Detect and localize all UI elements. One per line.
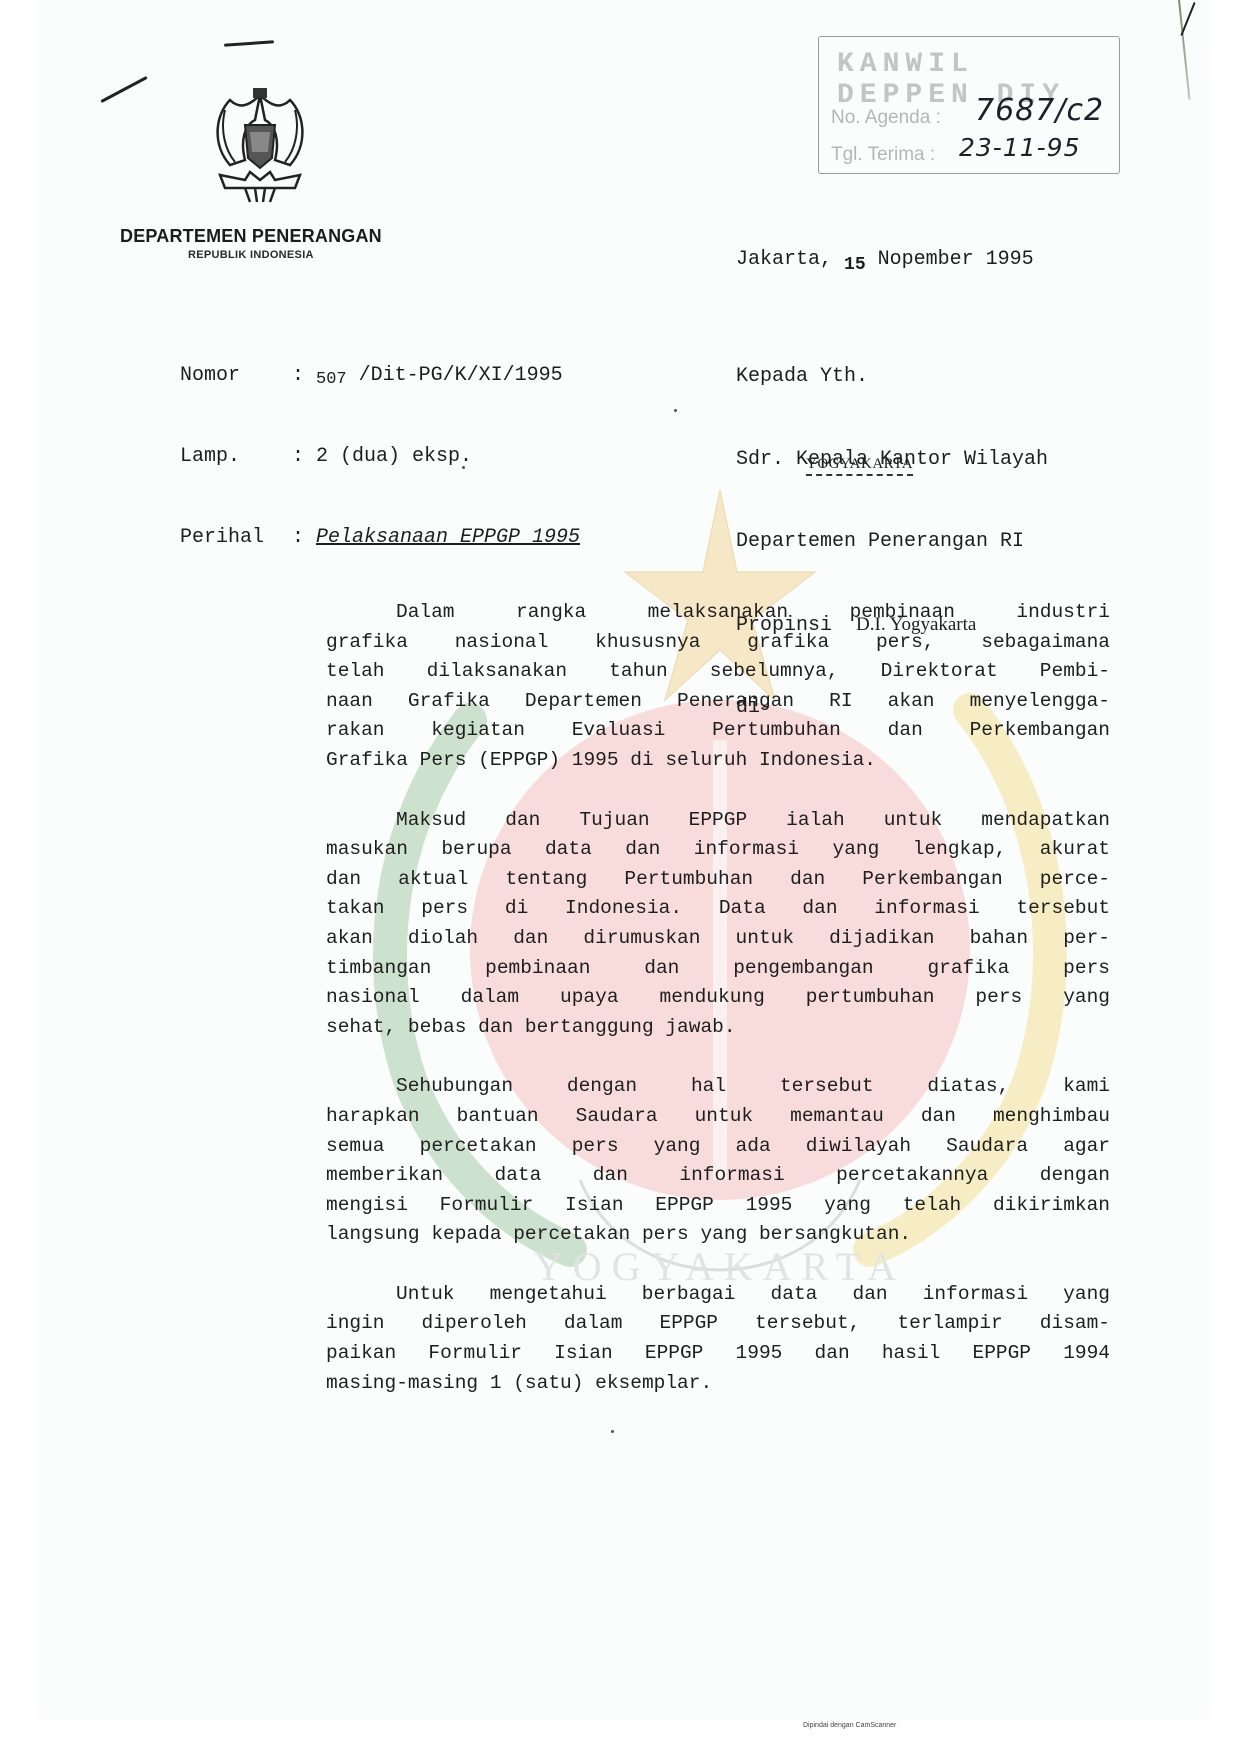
body-line: telah dilaksanakan tahun sebelumnya, Dir… — [326, 657, 1110, 687]
body-line: masing-masing 1 (satu) eksemplar. — [326, 1369, 1110, 1399]
scan-speck — [674, 409, 677, 412]
meta-lamp: Lamp. : 2 (dua) eksp. — [180, 443, 580, 470]
body-line: timbangan pembinaan dan pengembangan gra… — [326, 954, 1110, 984]
garuda-pancasila-emblem-icon — [200, 80, 320, 205]
perihal-value: Pelaksanaan EPPGP 1995 — [316, 524, 580, 551]
stamp-agenda-label: No. Agenda : — [831, 107, 941, 129]
body-line: rakan kegiatan Evaluasi Pertumbuhan dan … — [326, 716, 1110, 746]
body-line: harapkan bantuan Saudara untuk memantau … — [326, 1102, 1110, 1132]
stamp-agenda-value: 7687/c2 — [975, 93, 1104, 128]
body-line: memberikan data dan informasi percetakan… — [326, 1161, 1110, 1191]
recipient-line: Kepada Yth. — [736, 363, 1048, 391]
body-line: semua percetakan pers yang ada diwilayah… — [326, 1132, 1110, 1162]
colon: : — [292, 524, 316, 551]
recipient-city: YOGYAKARTA — [806, 456, 913, 476]
scan-speck — [611, 1430, 614, 1433]
body-line: grafika nasional khususnya grafika pers,… — [326, 628, 1110, 658]
nomor-label: Nomor — [180, 362, 292, 389]
body-line: masukan berupa data dan informasi yang l… — [326, 835, 1110, 865]
stamp-received-label: Tgl. Terima : — [831, 144, 935, 166]
body-line: akan diolah dan dirumuskan untuk dijadik… — [326, 924, 1110, 954]
body-line: nasional dalam upaya mendukung pertumbuh… — [326, 983, 1110, 1013]
body-paragraph: Dalam rangka melaksanakan pembinaan indu… — [326, 598, 1110, 776]
nomor-rest: /Dit-PG/K/XI/1995 — [359, 362, 563, 389]
body-line: ingin diperoleh dalam EPPGP tersebut, te… — [326, 1309, 1110, 1339]
perihal-label: Perihal — [180, 524, 292, 551]
lamp-label: Lamp. — [180, 443, 292, 470]
body-line: Untuk mengetahui berbagai data dan infor… — [326, 1280, 1110, 1310]
date-city: Jakarta, — [736, 248, 832, 271]
received-stamp: KANWIL DEPPEN DIY No. Agenda : 7687/c2 T… — [818, 36, 1120, 174]
body-paragraph: Sehubungan dengan hal tersebut diatas, k… — [326, 1072, 1110, 1250]
date-day: 15 — [844, 255, 866, 275]
body-line: sehat, bebas dan bertanggung jawab. — [326, 1013, 1110, 1043]
body-line: langsung kepada percetakan pers yang ber… — [326, 1220, 1110, 1250]
letter-meta: Nomor : 507 /Dit-PG/K/XI/1995 Lamp. : 2 … — [180, 308, 580, 578]
body-line: dan aktual tentang Pertumbuhan dan Perke… — [326, 865, 1110, 895]
recipient-line: Departemen Penerangan RI — [736, 528, 1048, 556]
body-line: naan Grafika Departemen Penerangan RI ak… — [326, 687, 1110, 717]
lamp-value: 2 (dua) eksp. — [316, 443, 472, 470]
meta-perihal: Perihal : Pelaksanaan EPPGP 1995 — [180, 524, 580, 551]
body-line: mengisi Formulir Isian EPPGP 1995 yang t… — [326, 1191, 1110, 1221]
body-line: Dalam rangka melaksanakan pembinaan indu… — [326, 598, 1110, 628]
department-subtitle: REPUBLIK INDONESIA — [188, 249, 388, 261]
body-line: Maksud dan Tujuan EPPGP ialah untuk mend… — [326, 806, 1110, 836]
body-paragraph: Maksud dan Tujuan EPPGP ialah untuk mend… — [326, 806, 1110, 1043]
colon: : — [292, 443, 316, 470]
meta-nomor: Nomor : 507 /Dit-PG/K/XI/1995 — [180, 362, 580, 389]
letter-body: Dalam rangka melaksanakan pembinaan indu… — [326, 598, 1110, 1428]
scan-speck — [462, 466, 465, 469]
body-paragraph: Untuk mengetahui berbagai data dan infor… — [326, 1280, 1110, 1398]
nomor-number: 507 — [316, 366, 347, 393]
date-month-year: Nopember 1995 — [878, 248, 1034, 271]
body-line: Sehubungan dengan hal tersebut diatas, k… — [326, 1072, 1110, 1102]
letter-date: Jakarta, 15 Nopember 1995 — [736, 246, 1034, 274]
department-name: DEPARTEMEN PENERANGAN — [120, 226, 420, 247]
body-line: paikan Formulir Isian EPPGP 1995 dan has… — [326, 1339, 1110, 1369]
body-line: Grafika Pers (EPPGP) 1995 di seluruh Ind… — [326, 746, 1110, 776]
scanner-note: Dipindai dengan CamScanner — [803, 1722, 896, 1729]
stamp-received-value: 23-11-95 — [959, 133, 1080, 162]
body-line: takan pers di Indonesia. Data dan inform… — [326, 894, 1110, 924]
colon: : — [292, 362, 316, 389]
